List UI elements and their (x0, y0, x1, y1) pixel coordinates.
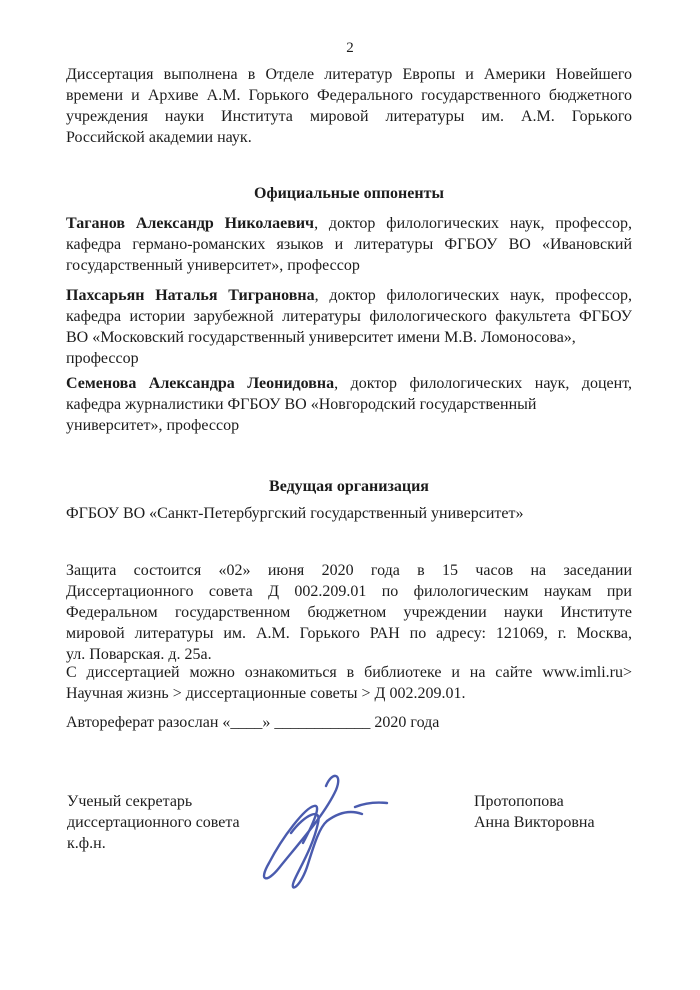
text-segment: университет», профессор (66, 417, 239, 434)
text-segment: С диссертацией можно ознакомиться в библ… (66, 664, 632, 681)
text-line: Протопопова (474, 791, 654, 812)
text-segment: ВО «Московский государственный университ… (66, 329, 576, 346)
text-line: ФГБОУ ВО «Санкт-Петербургский государств… (66, 503, 632, 524)
text-line: учреждения науки Института мировой литер… (66, 106, 632, 127)
text-segment: Диссертационного совета Д 002.209.01 по … (66, 583, 632, 600)
opponent-semenova: Семенова Александра Леонидовна, доктор ф… (66, 373, 632, 436)
text-segment: Диссертация выполнена в Отделе литератур… (66, 66, 632, 83)
text-segment: кафедра германо-романских языков и литер… (66, 236, 632, 253)
leading-organization-heading: Ведущая организация (66, 476, 632, 497)
text-line: Научная жизнь > диссертационные советы >… (66, 683, 632, 704)
text-line: кафедра германо-романских языков и литер… (66, 234, 632, 255)
text-segment: профессор (66, 350, 139, 367)
text-line: кафедра истории зарубежной литературы фи… (66, 306, 632, 327)
text-line: С диссертацией можно ознакомиться в библ… (66, 662, 632, 683)
defense-info-paragraph: Защита состоится «02» июня 2020 года в 1… (66, 560, 632, 665)
text-segment: учреждения науки Института мировой литер… (66, 108, 632, 125)
text-segment: Российской академии наук. (66, 129, 252, 146)
secretary-name-block: ПротопоповаАнна Викторовна (474, 791, 654, 833)
text-segment: Автореферат разослан «____» ____________… (66, 714, 439, 731)
text-line: Защита состоится «02» июня 2020 года в 1… (66, 560, 632, 581)
person-name: Пахсарьян Наталья Тиграновна (66, 287, 315, 304)
text-segment: , доктор филологических наук, доцент, (334, 375, 632, 392)
scanned-document-page: 2 Диссертация выполнена в Отделе литерат… (0, 0, 700, 990)
text-segment: Защита состоится «02» июня 2020 года в 1… (66, 562, 632, 579)
text-segment: ул. Поварская. д. 25а. (66, 646, 212, 663)
text-line: Российской академии наук. (66, 127, 632, 148)
text-line: мировой литературы им. А.М. Горького РАН… (66, 623, 632, 644)
text-segment: кафедра журналистики ФГБОУ ВО «Новгородс… (66, 396, 536, 413)
text-segment: времени и Архиве А.М. Горького Федеральн… (66, 87, 632, 104)
text-line: кафедра журналистики ФГБОУ ВО «Новгородс… (66, 394, 632, 415)
text-line: университет», профессор (66, 415, 632, 436)
library-info-paragraph: С диссертацией можно ознакомиться в библ… (66, 662, 632, 704)
text-segment: , доктор филологических наук, профессор, (315, 287, 632, 304)
leading-organization: ФГБОУ ВО «Санкт-Петербургский государств… (66, 503, 632, 524)
person-name: Таганов Александр Николаевич (66, 215, 314, 232)
person-name: Семенова Александра Леонидовна (66, 375, 334, 392)
text-line: Федеральном государственном бюджетном уч… (66, 602, 632, 623)
affiliation-paragraph: Диссертация выполнена в Отделе литератур… (66, 64, 632, 148)
page-number: 2 (0, 40, 700, 57)
signature-stroke (264, 776, 338, 878)
signature-stroke (327, 812, 362, 821)
text-line: Семенова Александра Леонидовна, доктор ф… (66, 373, 632, 394)
handwritten-signature (246, 766, 402, 894)
text-line: профессор (66, 348, 632, 369)
text-segment: ФГБОУ ВО «Санкт-Петербургский государств… (66, 505, 523, 522)
text-line: Таганов Александр Николаевич, доктор фил… (66, 213, 632, 234)
text-line: государственный университет», профессор (66, 255, 632, 276)
abstract-sent-line: Автореферат разослан «____» ____________… (66, 712, 632, 733)
text-line: Пахсарьян Наталья Тиграновна, доктор фил… (66, 285, 632, 306)
text-segment: государственный университет», профессор (66, 257, 360, 274)
text-segment: , доктор филологических наук, профессор, (314, 215, 632, 232)
text-line: Анна Викторовна (474, 812, 654, 833)
text-line: времени и Архиве А.М. Горького Федеральн… (66, 85, 632, 106)
text-segment: мировой литературы им. А.М. Горького РАН… (66, 625, 632, 642)
opponent-pakhsaryan: Пахсарьян Наталья Тиграновна, доктор фил… (66, 285, 632, 369)
opponent-taganov: Таганов Александр Николаевич, доктор фил… (66, 213, 632, 276)
text-segment: кафедра истории зарубежной литературы фи… (66, 308, 632, 325)
text-line: Автореферат разослан «____» ____________… (66, 712, 632, 733)
text-line: ВО «Московский государственный университ… (66, 327, 632, 348)
official-opponents-heading: Официальные оппоненты (66, 183, 632, 204)
text-line: Диссертация выполнена в Отделе литератур… (66, 64, 632, 85)
text-line: Диссертационного совета Д 002.209.01 по … (66, 581, 632, 602)
signature-stroke (291, 814, 327, 887)
signature-stroke (355, 803, 387, 807)
text-segment: Научная жизнь > диссертационные советы >… (66, 685, 465, 702)
text-segment: Федеральном государственном бюджетном уч… (66, 604, 632, 621)
